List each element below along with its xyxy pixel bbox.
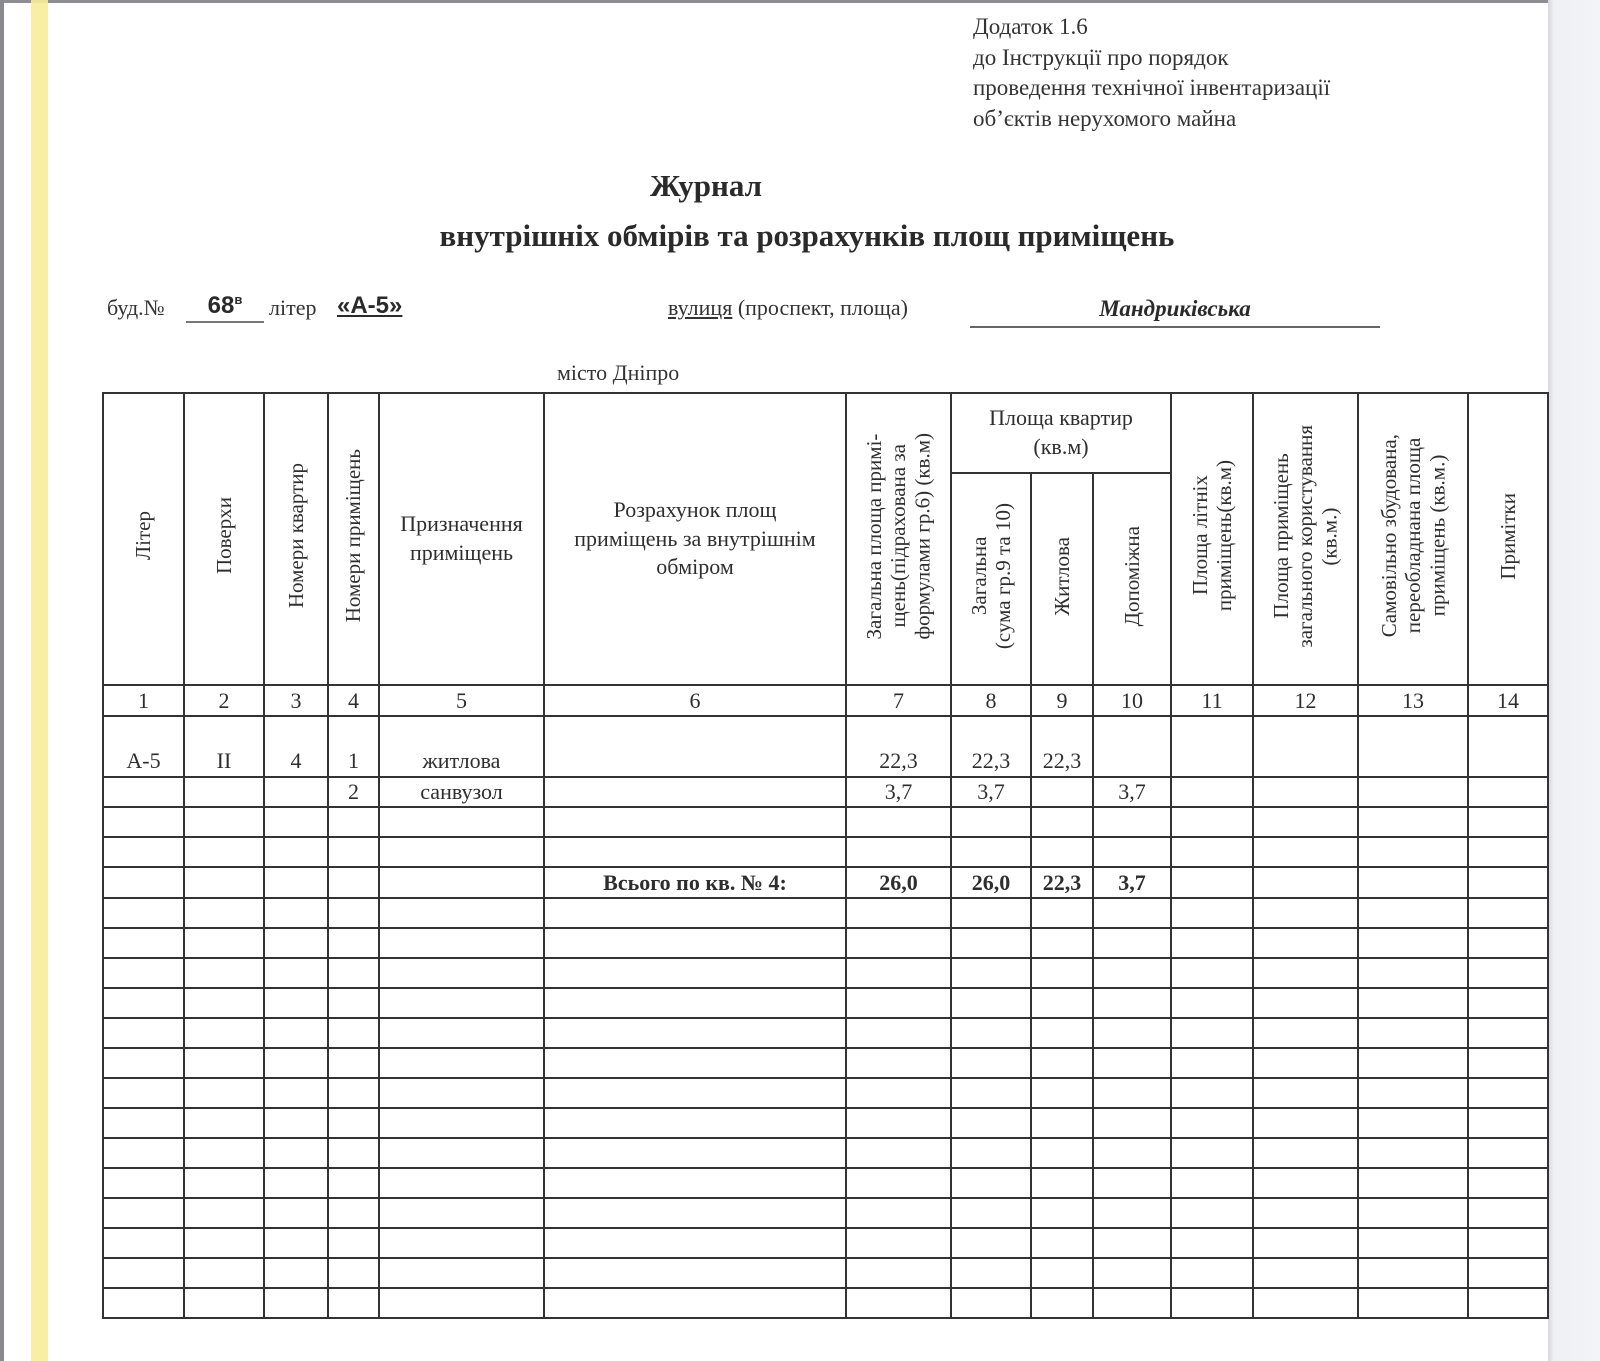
table-row bbox=[103, 1288, 1548, 1318]
table-cell bbox=[103, 807, 184, 837]
table-cell bbox=[1358, 1048, 1468, 1078]
table-cell bbox=[544, 1048, 846, 1078]
table-cell bbox=[1171, 716, 1253, 777]
table-cell bbox=[1171, 928, 1253, 958]
table-cell bbox=[1171, 867, 1253, 898]
table-cell bbox=[951, 837, 1031, 867]
table-cell bbox=[846, 1258, 951, 1288]
table-cell bbox=[1468, 1048, 1548, 1078]
table-cell bbox=[1031, 1288, 1093, 1318]
table-cell bbox=[184, 1138, 264, 1168]
table-cell bbox=[1253, 1048, 1358, 1078]
table-cell bbox=[1253, 1108, 1358, 1138]
table-cell bbox=[328, 1258, 379, 1288]
table-cell bbox=[1253, 777, 1358, 807]
table-cell bbox=[1358, 777, 1468, 807]
building-number-suffix: в bbox=[234, 292, 242, 307]
table-cell bbox=[264, 1138, 328, 1168]
table-cell bbox=[328, 1078, 379, 1108]
table-cell bbox=[1093, 1228, 1171, 1258]
table-row bbox=[103, 1108, 1548, 1138]
table-cell bbox=[379, 1018, 544, 1048]
table-cell bbox=[103, 1018, 184, 1048]
table-cell bbox=[264, 777, 328, 807]
table-cell bbox=[103, 958, 184, 988]
document-subtitle: внутрішніх обмірів та розрахунків площ п… bbox=[0, 218, 1600, 254]
table-cell bbox=[1171, 1078, 1253, 1108]
table-header-row: Літер Поверхи Номери квартир Номери прим… bbox=[103, 393, 1548, 473]
page-right-margin bbox=[1548, 0, 1600, 1361]
table-cell bbox=[1468, 898, 1548, 928]
col-header-floors: Поверхи bbox=[184, 393, 264, 685]
header-text: Житлова bbox=[1050, 537, 1074, 616]
table-row bbox=[103, 1048, 1548, 1078]
table-cell bbox=[1468, 1198, 1548, 1228]
table-cell bbox=[328, 1048, 379, 1078]
table-cell bbox=[1253, 1018, 1358, 1048]
table-cell bbox=[951, 1108, 1031, 1138]
table-cell bbox=[951, 1258, 1031, 1288]
table-cell bbox=[264, 1018, 328, 1048]
col-header-room-purpose: Призначенняприміщень bbox=[379, 393, 544, 685]
table-cell bbox=[1171, 958, 1253, 988]
table-cell bbox=[1253, 988, 1358, 1018]
table-cell bbox=[1253, 1168, 1358, 1198]
table-cell bbox=[379, 1138, 544, 1168]
table-cell bbox=[1171, 777, 1253, 807]
table-cell bbox=[328, 1138, 379, 1168]
table-cell: II bbox=[184, 716, 264, 777]
table-cell bbox=[1358, 837, 1468, 867]
table-cell bbox=[1093, 1138, 1171, 1168]
table-cell bbox=[264, 1288, 328, 1318]
table-cell bbox=[328, 1018, 379, 1048]
table-cell bbox=[951, 1288, 1031, 1318]
column-number: 14 bbox=[1468, 685, 1548, 716]
table-cell bbox=[1358, 1198, 1468, 1228]
header-line: Площа приміщень bbox=[1269, 453, 1293, 618]
table-cell bbox=[1358, 988, 1468, 1018]
table-cell bbox=[1358, 898, 1468, 928]
measurements-table-wrapper: Літер Поверхи Номери квартир Номери прим… bbox=[102, 392, 1549, 1319]
table-cell bbox=[184, 837, 264, 867]
table-cell bbox=[328, 1288, 379, 1318]
appendix-line: до Інструкції про порядок bbox=[973, 43, 1330, 74]
table-cell bbox=[328, 1228, 379, 1258]
table-cell: 22,3 bbox=[846, 716, 951, 777]
table-row bbox=[103, 958, 1548, 988]
table-cell bbox=[264, 1078, 328, 1108]
table-cell: А-5 bbox=[103, 716, 184, 777]
street-value: Мандриківська bbox=[970, 296, 1380, 328]
table-cell bbox=[328, 867, 379, 898]
column-number: 10 bbox=[1093, 685, 1171, 716]
table-cell bbox=[103, 837, 184, 867]
table-cell bbox=[1253, 1138, 1358, 1168]
table-cell bbox=[1253, 898, 1358, 928]
table-cell bbox=[379, 837, 544, 867]
table-row bbox=[103, 837, 1548, 867]
column-number: 11 bbox=[1171, 685, 1253, 716]
table-cell bbox=[1093, 807, 1171, 837]
table-cell bbox=[1093, 1258, 1171, 1288]
table-cell bbox=[1171, 1048, 1253, 1078]
table-cell bbox=[184, 807, 264, 837]
header-line: (кв.м.) bbox=[1318, 507, 1342, 565]
table-cell bbox=[1468, 716, 1548, 777]
table-cell bbox=[264, 1258, 328, 1288]
column-number: 4 bbox=[328, 685, 379, 716]
table-cell bbox=[379, 1288, 544, 1318]
table-cell bbox=[951, 928, 1031, 958]
table-cell bbox=[328, 807, 379, 837]
table-cell bbox=[1253, 716, 1358, 777]
column-number: 12 bbox=[1253, 685, 1358, 716]
table-cell bbox=[328, 1108, 379, 1138]
table-row bbox=[103, 1228, 1548, 1258]
column-number-row: 1234567891011121314 bbox=[103, 685, 1548, 716]
table-cell bbox=[1171, 1018, 1253, 1048]
table-cell bbox=[1253, 928, 1358, 958]
table-row bbox=[103, 898, 1548, 928]
table-cell bbox=[264, 898, 328, 928]
table-cell bbox=[264, 1198, 328, 1228]
table-cell bbox=[184, 958, 264, 988]
table-cell bbox=[544, 928, 846, 958]
table-cell bbox=[846, 898, 951, 928]
table-cell bbox=[846, 1198, 951, 1228]
header-text: Номери приміщень bbox=[341, 449, 365, 622]
table-cell bbox=[264, 988, 328, 1018]
table-cell bbox=[1093, 958, 1171, 988]
appendix-line: Додаток 1.6 bbox=[973, 12, 1330, 43]
table-cell bbox=[1358, 1018, 1468, 1048]
table-cell bbox=[184, 777, 264, 807]
table-cell bbox=[1031, 1018, 1093, 1048]
table-cell bbox=[1031, 1138, 1093, 1168]
table-cell bbox=[379, 1168, 544, 1198]
table-cell: 22,3 bbox=[1031, 716, 1093, 777]
table-cell bbox=[1093, 928, 1171, 958]
appendix-line: об’єктів нерухомого майна bbox=[973, 104, 1330, 135]
table-cell bbox=[846, 1228, 951, 1258]
column-number: 7 bbox=[846, 685, 951, 716]
table-cell bbox=[544, 1168, 846, 1198]
table-cell bbox=[103, 1258, 184, 1288]
table-cell bbox=[1031, 1198, 1093, 1228]
table-cell: 2 bbox=[328, 777, 379, 807]
header-line: Загальна площа примі- bbox=[862, 433, 886, 639]
table-cell bbox=[103, 1168, 184, 1198]
table-cell bbox=[379, 898, 544, 928]
table-cell bbox=[1253, 958, 1358, 988]
table-cell bbox=[103, 1108, 184, 1138]
col-header-auxiliary: Допоміжна bbox=[1093, 473, 1171, 685]
table-cell bbox=[1093, 898, 1171, 928]
table-cell bbox=[1031, 1108, 1093, 1138]
table-cell bbox=[846, 928, 951, 958]
table-cell bbox=[184, 1048, 264, 1078]
table-cell bbox=[1358, 1288, 1468, 1318]
table-cell bbox=[264, 1228, 328, 1258]
table-row bbox=[103, 1168, 1548, 1198]
column-number: 2 bbox=[184, 685, 264, 716]
table-cell: житлова bbox=[379, 716, 544, 777]
header-text: Площа літніхприміщень(кв.м) bbox=[1188, 460, 1236, 611]
header-text: Самовільно збудована,переобладнана площа… bbox=[1377, 434, 1449, 637]
table-cell bbox=[951, 988, 1031, 1018]
table-cell bbox=[1093, 1168, 1171, 1198]
header-line: приміщень(кв.м) bbox=[1212, 460, 1236, 611]
table-cell bbox=[264, 867, 328, 898]
header-line: приміщень bbox=[380, 539, 543, 568]
col-header-apartment-total: Загальна(сума гр.9 та 10) bbox=[951, 473, 1031, 685]
table-cell bbox=[1358, 958, 1468, 988]
table-cell bbox=[1031, 1048, 1093, 1078]
table-cell bbox=[103, 1288, 184, 1318]
street-label-rest: (проспект, площа) bbox=[732, 295, 908, 320]
table-cell bbox=[103, 898, 184, 928]
table-cell bbox=[1253, 1198, 1358, 1228]
table-cell bbox=[103, 867, 184, 898]
header-line: Площа квартир bbox=[952, 404, 1170, 433]
table-cell bbox=[951, 1168, 1031, 1198]
street-label: вулиця (проспект, площа) bbox=[668, 295, 908, 321]
table-cell bbox=[379, 1198, 544, 1228]
table-cell bbox=[544, 1288, 846, 1318]
total-value: 26,0 bbox=[951, 867, 1031, 898]
table-cell bbox=[846, 807, 951, 837]
table-cell bbox=[1031, 898, 1093, 928]
table-cell bbox=[1093, 1048, 1171, 1078]
header-text: Площа приміщеньзагального користування(к… bbox=[1269, 425, 1341, 648]
total-value: 3,7 bbox=[1093, 867, 1171, 898]
table-cell bbox=[184, 988, 264, 1018]
header-text: Загальна площа примі-щень(підрахована за… bbox=[862, 433, 934, 639]
table-row bbox=[103, 928, 1548, 958]
table-cell bbox=[328, 837, 379, 867]
table-cell bbox=[103, 1078, 184, 1108]
table-cell bbox=[846, 958, 951, 988]
column-number: 9 bbox=[1031, 685, 1093, 716]
total-value: 26,0 bbox=[846, 867, 951, 898]
col-header-common-use: Площа приміщеньзагального користування(к… bbox=[1253, 393, 1358, 685]
table-cell bbox=[1031, 777, 1093, 807]
table-cell bbox=[184, 1288, 264, 1318]
building-number: 68 bbox=[208, 292, 235, 319]
table-cell bbox=[1468, 1018, 1548, 1048]
building-number-value: 68в bbox=[186, 292, 264, 323]
header-line: Загальна bbox=[967, 537, 991, 616]
table-cell bbox=[1358, 807, 1468, 837]
table-cell bbox=[379, 867, 544, 898]
table-cell bbox=[1171, 898, 1253, 928]
table-cell bbox=[184, 1228, 264, 1258]
column-number: 13 bbox=[1358, 685, 1468, 716]
table-cell bbox=[1468, 837, 1548, 867]
table-cell bbox=[264, 928, 328, 958]
col-header-notes: Примітки bbox=[1468, 393, 1548, 685]
table-cell bbox=[544, 1198, 846, 1228]
table-cell bbox=[1358, 867, 1468, 898]
table-cell bbox=[1468, 1078, 1548, 1108]
table-cell bbox=[1171, 1258, 1253, 1288]
table-cell: 3,7 bbox=[951, 777, 1031, 807]
table-cell bbox=[1093, 837, 1171, 867]
table-cell bbox=[846, 1078, 951, 1108]
table-row bbox=[103, 988, 1548, 1018]
table-cell: 22,3 bbox=[951, 716, 1031, 777]
table-cell bbox=[328, 958, 379, 988]
header-text: Літер bbox=[131, 511, 155, 560]
header-line: формулами гр.6) (кв.м) bbox=[911, 433, 935, 639]
table-cell bbox=[1093, 1018, 1171, 1048]
col-header-summer-rooms: Площа літніхприміщень(кв.м) bbox=[1171, 393, 1253, 685]
table-cell bbox=[1171, 988, 1253, 1018]
table-row bbox=[103, 1018, 1548, 1048]
table-cell bbox=[951, 1138, 1031, 1168]
col-header-room-numbers: Номери приміщень bbox=[328, 393, 379, 685]
table-cell bbox=[1358, 928, 1468, 958]
scan-top-edge bbox=[0, 0, 1600, 3]
table-cell bbox=[951, 958, 1031, 988]
table-cell bbox=[1468, 807, 1548, 837]
column-number: 8 bbox=[951, 685, 1031, 716]
table-cell bbox=[544, 807, 846, 837]
table-cell bbox=[1468, 958, 1548, 988]
header-text: Поверхи bbox=[212, 497, 236, 574]
table-cell bbox=[951, 1018, 1031, 1048]
table-cell bbox=[184, 898, 264, 928]
col-header-total-room-area: Загальна площа примі-щень(підрахована за… bbox=[846, 393, 951, 685]
table-cell bbox=[1253, 837, 1358, 867]
table-cell bbox=[1093, 1288, 1171, 1318]
table-cell bbox=[544, 1108, 846, 1138]
table-cell bbox=[1031, 1078, 1093, 1108]
table-cell: 4 bbox=[264, 716, 328, 777]
table-cell bbox=[1468, 867, 1548, 898]
document-title: Журнал bbox=[0, 168, 1412, 204]
table-cell: 1 bbox=[328, 716, 379, 777]
table-cell bbox=[846, 1048, 951, 1078]
table-cell bbox=[1358, 1258, 1468, 1288]
measurements-table: Літер Поверхи Номери квартир Номери прим… bbox=[102, 392, 1549, 1319]
table-cell bbox=[544, 958, 846, 988]
table-cell bbox=[1171, 1168, 1253, 1198]
header-line: приміщень (кв.м.) bbox=[1425, 455, 1449, 617]
table-cell bbox=[184, 1258, 264, 1288]
table-cell bbox=[103, 1048, 184, 1078]
table-cell bbox=[1171, 1288, 1253, 1318]
column-number: 3 bbox=[264, 685, 328, 716]
header-line: Площа літніх bbox=[1188, 476, 1212, 596]
table-cell bbox=[328, 928, 379, 958]
table-cell: санвузол bbox=[379, 777, 544, 807]
building-number-label: буд.№ bbox=[107, 295, 165, 321]
table-cell bbox=[1468, 1138, 1548, 1168]
header-line: щень(підрахована за bbox=[886, 444, 910, 627]
table-cell bbox=[328, 898, 379, 928]
table-cell bbox=[379, 1078, 544, 1108]
table-cell bbox=[951, 1078, 1031, 1108]
header-text: Номери квартир bbox=[284, 463, 308, 608]
table-cell bbox=[1031, 1228, 1093, 1258]
table-row bbox=[103, 1078, 1548, 1108]
table-cell bbox=[328, 1168, 379, 1198]
table-cell bbox=[379, 1258, 544, 1288]
table-cell bbox=[544, 1258, 846, 1288]
table-cell bbox=[1253, 1288, 1358, 1318]
total-label: Всього по кв. № 4: bbox=[544, 867, 846, 898]
table-cell bbox=[328, 1198, 379, 1228]
table-cell bbox=[846, 1018, 951, 1048]
table-cell bbox=[544, 1138, 846, 1168]
table-cell bbox=[1093, 1198, 1171, 1228]
table-cell bbox=[103, 928, 184, 958]
table-cell bbox=[379, 1228, 544, 1258]
table-cell bbox=[1253, 867, 1358, 898]
total-row: Всього по кв. № 4:26,026,022,33,7 bbox=[103, 867, 1548, 898]
table-cell bbox=[103, 988, 184, 1018]
table-cell bbox=[1171, 1228, 1253, 1258]
table-cell bbox=[1358, 1078, 1468, 1108]
liter-value: «А-5» bbox=[337, 292, 402, 320]
table-cell: 3,7 bbox=[1093, 777, 1171, 807]
table-cell bbox=[379, 807, 544, 837]
table-cell bbox=[1031, 988, 1093, 1018]
table-cell bbox=[1031, 958, 1093, 988]
table-cell bbox=[544, 898, 846, 928]
table-cell bbox=[1093, 1108, 1171, 1138]
table-row bbox=[103, 1138, 1548, 1168]
table-cell bbox=[951, 807, 1031, 837]
table-cell bbox=[1358, 716, 1468, 777]
table-cell bbox=[1358, 1108, 1468, 1138]
table-row: А-5II41житлова22,322,322,3 bbox=[103, 716, 1548, 777]
table-cell bbox=[1171, 837, 1253, 867]
column-number: 6 bbox=[544, 685, 846, 716]
table-cell bbox=[1468, 988, 1548, 1018]
table-cell bbox=[379, 928, 544, 958]
table-cell bbox=[264, 1048, 328, 1078]
appendix-line: проведення технічної інвентаризації bbox=[973, 73, 1330, 104]
table-cell bbox=[103, 777, 184, 807]
table-cell bbox=[846, 1108, 951, 1138]
table-cell bbox=[1171, 1138, 1253, 1168]
table-cell bbox=[1358, 1228, 1468, 1258]
table-cell bbox=[1253, 1078, 1358, 1108]
table-cell bbox=[544, 777, 846, 807]
table-cell bbox=[1031, 928, 1093, 958]
table-cell bbox=[1253, 1228, 1358, 1258]
table-cell bbox=[1468, 1288, 1548, 1318]
table-cell bbox=[379, 988, 544, 1018]
header-line: Самовільно збудована, bbox=[1377, 434, 1401, 637]
table-cell bbox=[1171, 1198, 1253, 1228]
table-cell bbox=[1093, 988, 1171, 1018]
header-line: загального користування bbox=[1293, 425, 1317, 648]
table-cell bbox=[544, 1078, 846, 1108]
table-cell bbox=[1253, 1258, 1358, 1288]
col-header-apartment-numbers: Номери квартир bbox=[264, 393, 328, 685]
table-cell bbox=[951, 1198, 1031, 1228]
table-cell: 3,7 bbox=[846, 777, 951, 807]
table-cell bbox=[1093, 716, 1171, 777]
table-cell bbox=[846, 1288, 951, 1318]
col-header-living: Житлова bbox=[1031, 473, 1093, 685]
table-row: 2санвузол3,73,73,7 bbox=[103, 777, 1548, 807]
liter-label: літер bbox=[269, 295, 316, 321]
